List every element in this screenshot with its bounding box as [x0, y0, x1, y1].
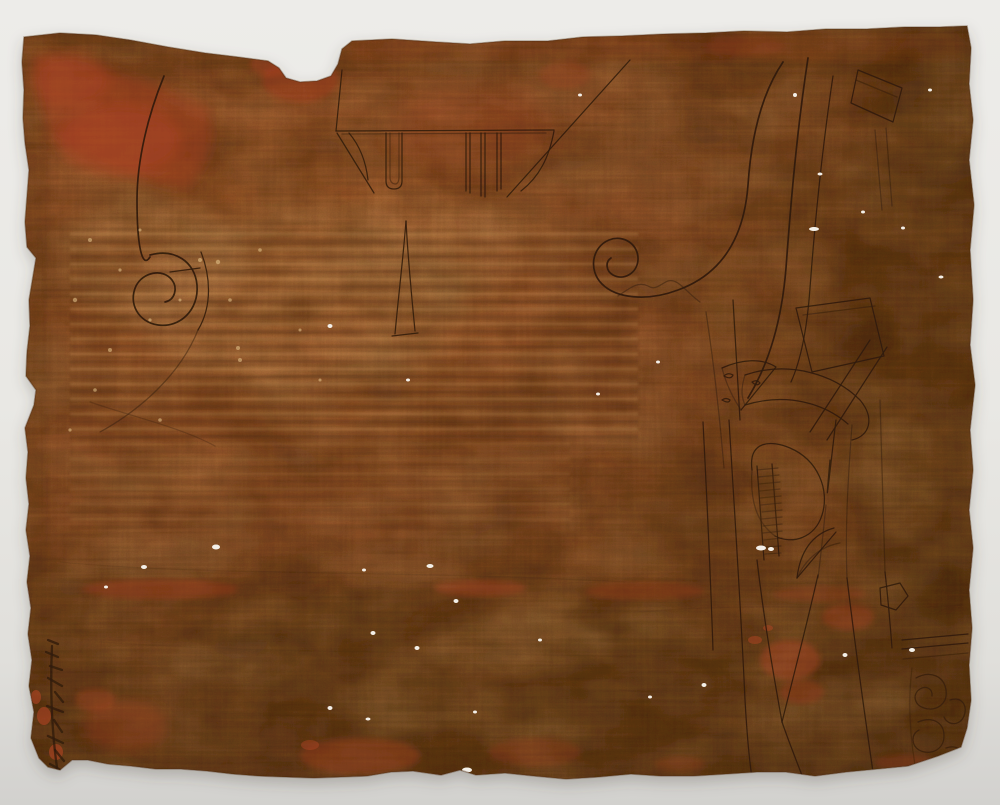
photo-backdrop: [0, 0, 1000, 805]
papyrus-fragment: [0, 0, 1000, 805]
ruled-striations: [70, 230, 638, 532]
artifact-photo-svg: [0, 0, 1000, 805]
